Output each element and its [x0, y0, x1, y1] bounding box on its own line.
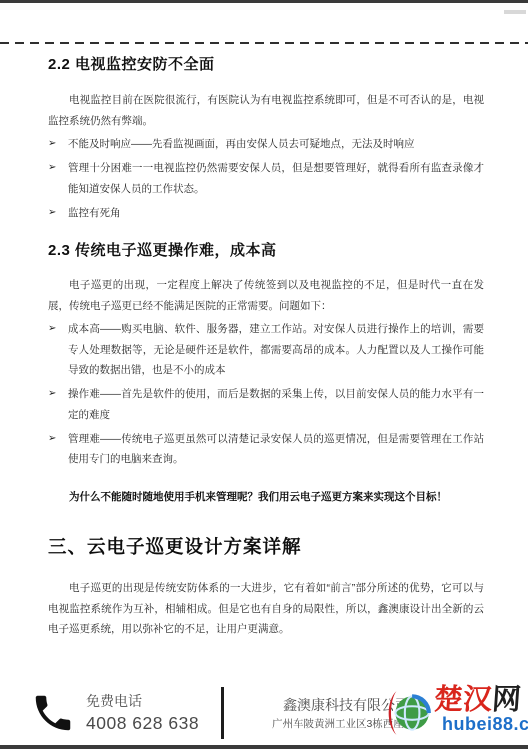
list-item: ➢ 监控有死角	[48, 203, 484, 224]
section-2-3-paragraph: 电子巡更的出现，一定程度上解决了传统签到以及电视监控的不足，但是时代一直在发展，…	[48, 275, 484, 316]
arrow-bullet-icon: ➢	[48, 429, 68, 470]
chapter-heading-3: 三、云电子巡更设计方案详解	[48, 534, 484, 560]
bullet-text: 管理十分困难一一电视监控仍然需要安保人员，但是想要管理好，就得看所有监查录像才能…	[68, 158, 484, 199]
phone-text: 免费电话 4008 628 638	[86, 691, 199, 735]
watermark-name-last: 网	[491, 684, 522, 716]
arrow-bullet-icon: ➢	[48, 384, 68, 425]
document-body: 2.2 电视监控安防不全面 电视监控目前在医院很流行，有医院认为有电视监控系统即…	[48, 50, 484, 643]
chapter-3-paragraph: 电子巡更的出现是传统安防体系的一大进步，它有着如“前言”部分所述的优势，它可以与…	[48, 578, 484, 640]
arrow-bullet-icon: ➢	[48, 203, 68, 224]
section-2-2-paragraph: 电视监控目前在医院很流行，有医院认为有电视监控系统即可，但是不可否认的是，电视监…	[48, 90, 484, 131]
list-item: ➢ 不能及时响应——先看监视画面，再由安保人员去可疑地点，无法及时响应	[48, 134, 484, 155]
site-watermark: 楚汉网 hubei88.com	[384, 684, 528, 742]
bullet-text: 不能及时响应——先看监视画面，再由安保人员去可疑地点，无法及时响应	[68, 134, 484, 155]
watermark-site-name: 楚汉网	[433, 684, 522, 716]
top-right-mark	[504, 10, 526, 14]
arrow-bullet-icon: ➢	[48, 134, 68, 155]
phone-handset-icon	[30, 690, 76, 736]
bullet-text: 操作难——首先是软件的使用，而后是数据的采集上传，以目前安保人员的能力水平有一定…	[68, 384, 484, 425]
bullet-text: 成本高——购买电脑、软件、服务器，建立工作站。对安保人员进行操作上的培训，需要专…	[68, 319, 484, 381]
page-break-dashed-line	[0, 42, 528, 44]
phone-label: 免费电话	[86, 691, 199, 711]
section-heading-2-3: 2.3 传统电子巡更操作难，成本高	[48, 240, 484, 262]
bullet-text: 监控有死角	[68, 203, 484, 224]
section-heading-2-2: 2.2 电视监控安防不全面	[48, 54, 484, 76]
top-border	[0, 0, 528, 3]
list-item: ➢ 操作难——首先是软件的使用，而后是数据的采集上传，以目前安保人员的能力水平有…	[48, 384, 484, 425]
watermark-site-url: hubei88.com	[442, 714, 528, 735]
emphasis-statement: 为什么不能随时随地使用手机来管理呢？我们用云电子巡更方案来实现这个目标！	[48, 487, 484, 508]
section-2-2-bullet-list: ➢ 不能及时响应——先看监视画面，再由安保人员去可疑地点，无法及时响应 ➢ 管理…	[48, 134, 484, 223]
list-item: ➢ 成本高——购买电脑、软件、服务器，建立工作站。对安保人员进行操作上的培训，需…	[48, 319, 484, 381]
phone-block: 免费电话 4008 628 638	[30, 690, 199, 736]
list-item: ➢ 管理十分困难一一电视监控仍然需要安保人员，但是想要管理好，就得看所有监查录像…	[48, 158, 484, 199]
bullet-text: 管理难——传统电子巡更虽然可以清楚记录安保人员的巡更情况，但是需要管理在工作站使…	[68, 429, 484, 470]
bottom-border	[0, 745, 528, 749]
footer-divider	[221, 687, 224, 739]
phone-number: 4008 628 638	[86, 711, 199, 735]
globe-logo-icon	[384, 688, 434, 738]
page-footer: 免费电话 4008 628 638 鑫澳康科技有限公司 广州车陂黄洲工业区3栋西…	[0, 684, 528, 742]
section-2-3-bullet-list: ➢ 成本高——购买电脑、软件、服务器，建立工作站。对安保人员进行操作上的培训，需…	[48, 319, 484, 470]
watermark-name-main: 楚汉	[433, 684, 493, 716]
list-item: ➢ 管理难——传统电子巡更虽然可以清楚记录安保人员的巡更情况，但是需要管理在工作…	[48, 429, 484, 470]
document-page: 2.2 电视监控安防不全面 电视监控目前在医院很流行，有医院认为有电视监控系统即…	[0, 0, 528, 749]
arrow-bullet-icon: ➢	[48, 158, 68, 199]
arrow-bullet-icon: ➢	[48, 319, 68, 381]
